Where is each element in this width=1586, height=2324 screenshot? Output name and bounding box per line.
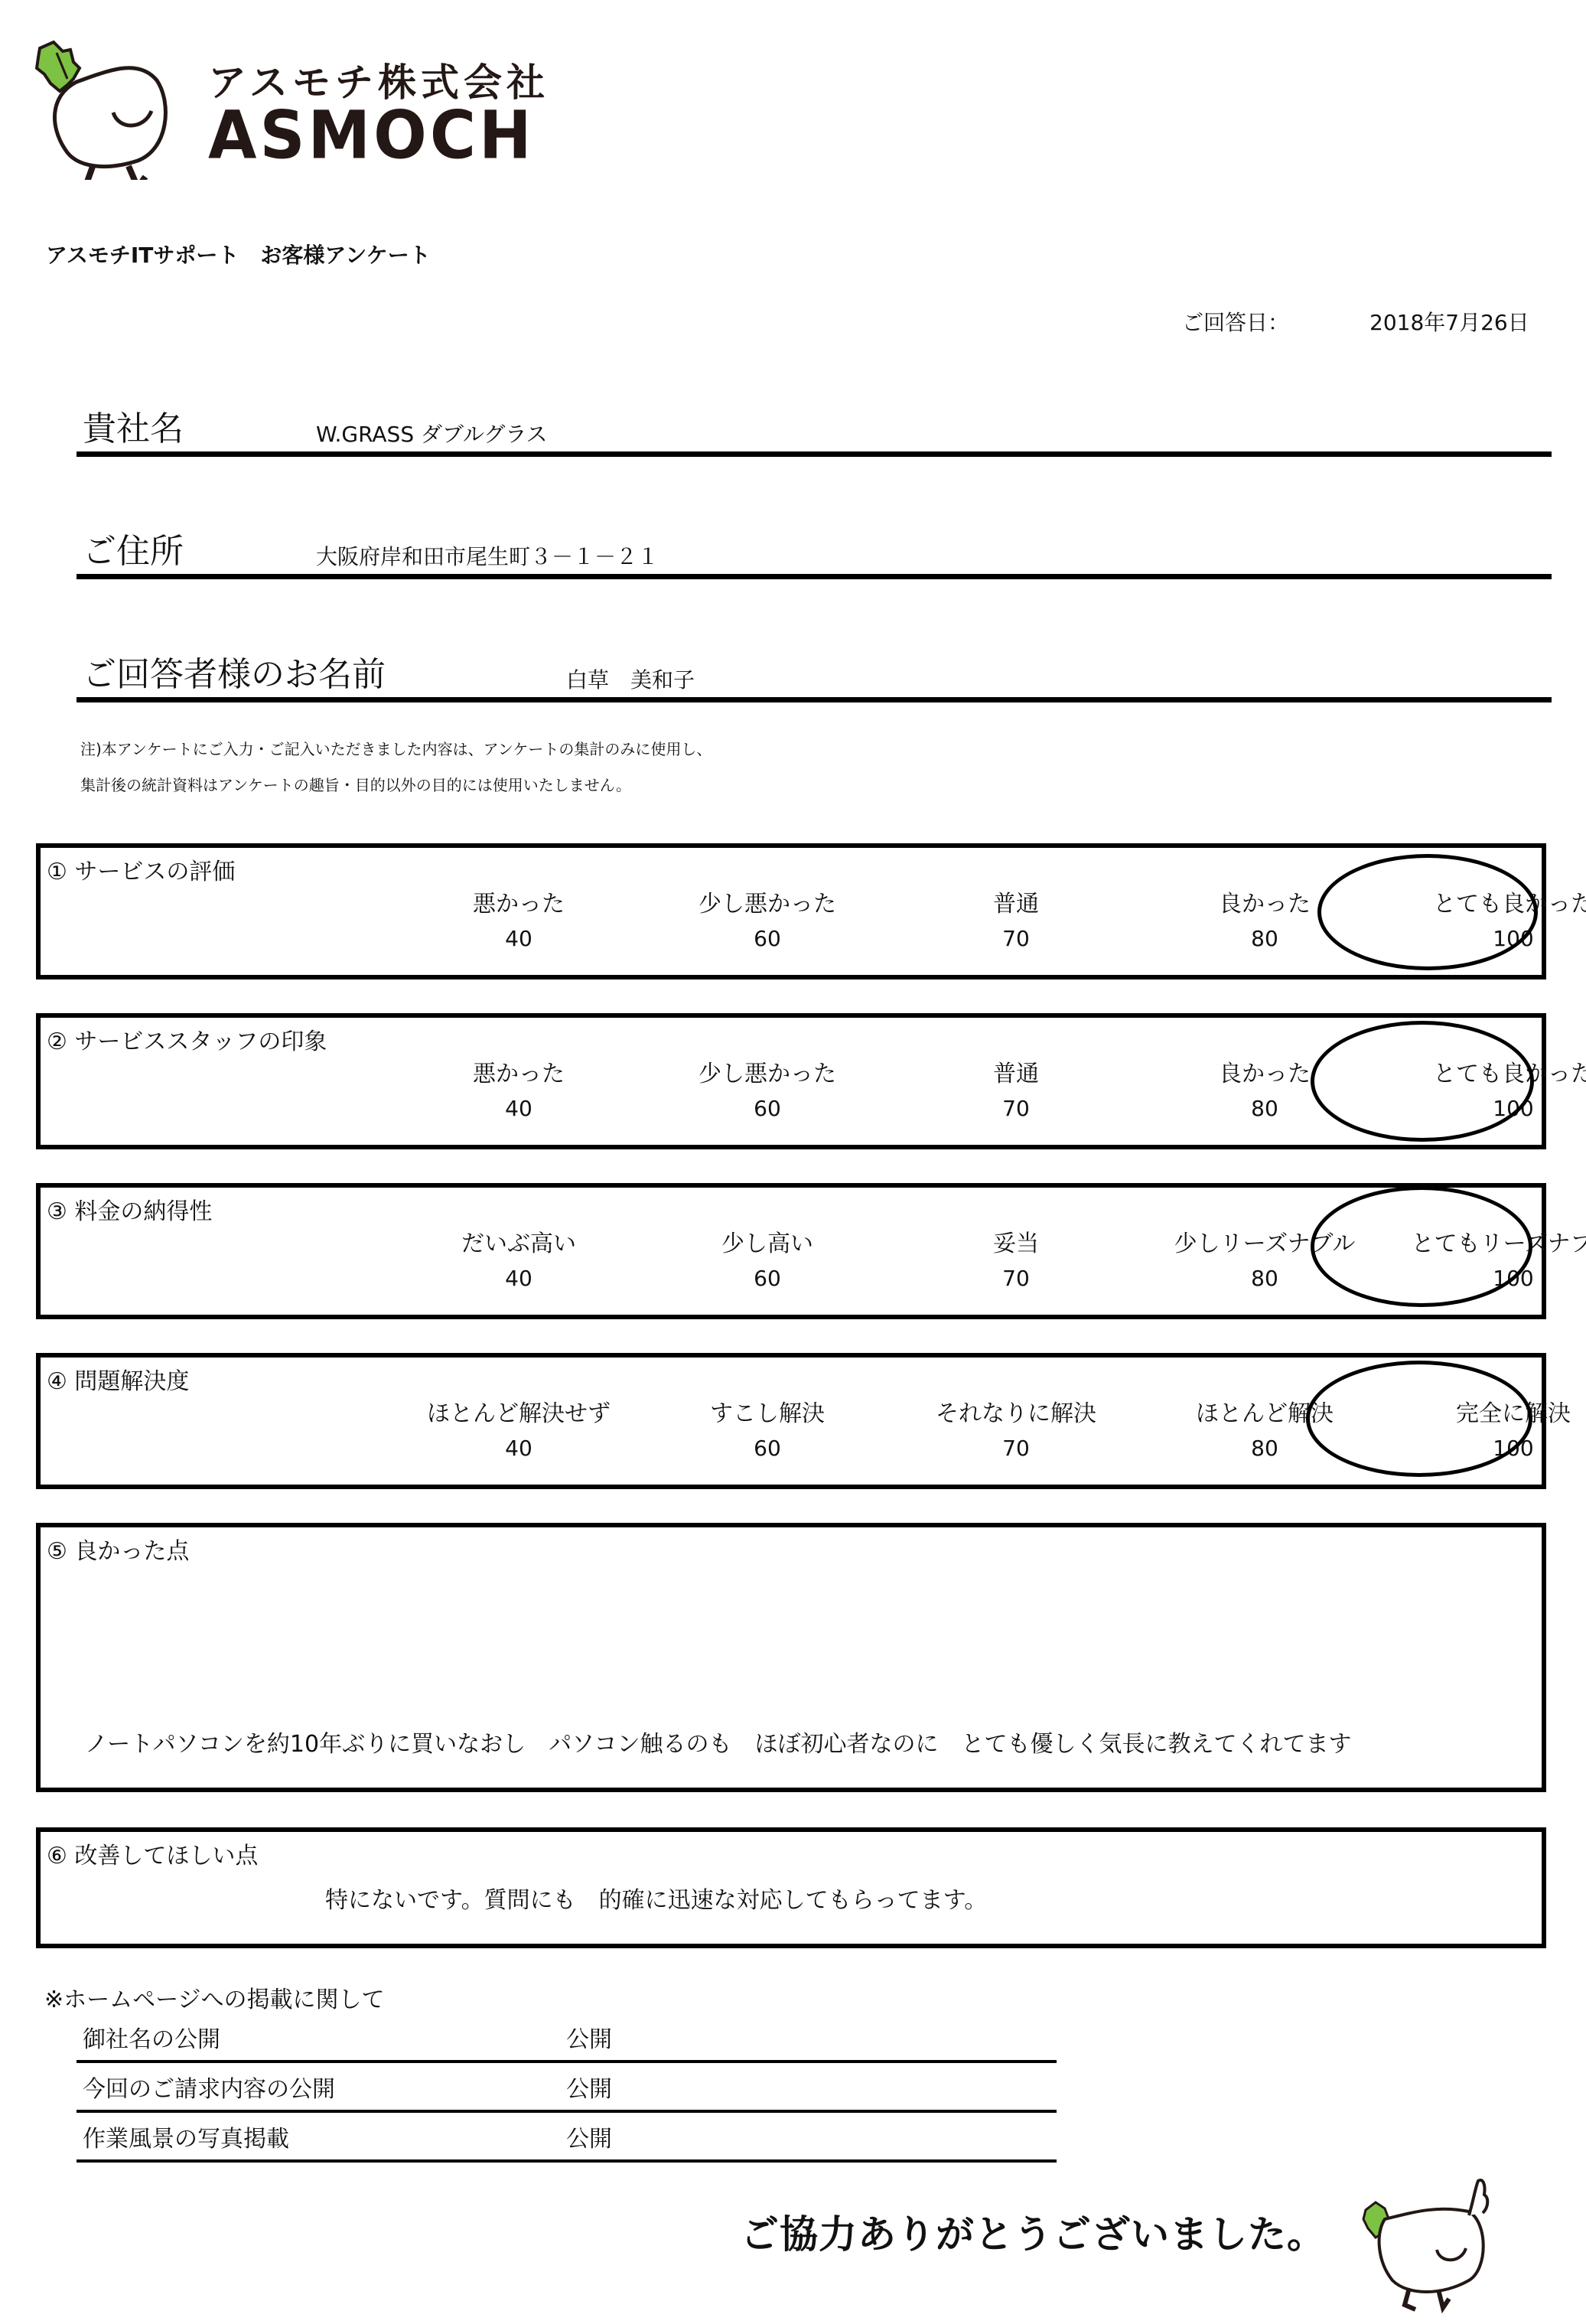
address-field-value: 大阪府岸和田市尾生町３－１－２１ xyxy=(316,540,659,571)
improvement-title: ⑥ 改善してほしい点 xyxy=(47,1837,258,1870)
publication-heading: ※ホームページへの掲載に関して xyxy=(44,1980,385,2014)
question-price-satisfaction: ③ 料金の納得性 だいぶ高い40 少し高い60 妥当70 少しリーズナブル80 … xyxy=(36,1183,1546,1319)
question-problem-resolution: ④ 問題解決度 ほとんど解決せず40 すこし解決60 それなりに解決70 ほとん… xyxy=(36,1353,1546,1489)
option-40[interactable]: 悪かった40 xyxy=(396,885,641,951)
question-title: ② サービススタッフの印象 xyxy=(47,1022,327,1056)
selected-circle-mark xyxy=(1317,854,1538,970)
improvement-answer: 特にないです。質問にも 的確に迅速な対応してもらってます。 xyxy=(325,1881,987,1915)
privacy-note-line1: 注)本アンケートにご入力・ご記入いただきました内容は、アンケートの集計のみに使用… xyxy=(80,737,712,759)
address-field: ご住所 大阪府岸和田市尾生町３－１－２１ xyxy=(77,536,1552,579)
question-staff-impression: ② サービススタッフの印象 悪かった40 少し悪かった60 普通70 良かった8… xyxy=(36,1013,1546,1149)
company-field-value: W.GRASS ダブルグラス xyxy=(316,418,547,448)
selected-circle-mark xyxy=(1311,1021,1534,1142)
address-field-label: ご住所 xyxy=(83,523,184,572)
publication-value: 公開 xyxy=(566,2020,612,2054)
document-title: アスモチITサポート お客様アンケート xyxy=(46,239,431,269)
question-title: ③ 料金の納得性 xyxy=(47,1192,212,1226)
publication-value: 公開 xyxy=(566,2120,612,2153)
answer-date-value: 2018年7月26日 xyxy=(1369,306,1529,337)
company-field: 貴社名 W.GRASS ダブルグラス xyxy=(77,413,1552,457)
publication-item: 今回のご請求内容の公開 xyxy=(83,2070,335,2104)
publication-item: 御社名の公開 xyxy=(83,2020,220,2054)
option-40[interactable]: だいぶ高い40 xyxy=(396,1224,641,1291)
option-40[interactable]: 悪かった40 xyxy=(396,1054,641,1121)
good-points-answer: ノートパソコンを約10年ぶりに買いなおし パソコン触るのも ほぼ初心者なのに と… xyxy=(85,1725,1351,1758)
question-service-rating: ① サービスの評価 悪かった40 少し悪かった60 普通70 良かった80 とて… xyxy=(36,843,1546,979)
option-60[interactable]: 少し悪かった60 xyxy=(645,1054,890,1121)
option-70[interactable]: 普通70 xyxy=(894,885,1138,951)
company-field-label: 貴社名 xyxy=(83,401,184,450)
mascot-icon xyxy=(23,34,222,180)
selected-circle-mark xyxy=(1311,1186,1532,1307)
privacy-note-line2: 集計後の統計資料はアンケートの趣旨・目的以外の目的には使用いたしません。 xyxy=(80,773,631,795)
option-70[interactable]: 普通70 xyxy=(894,1054,1138,1121)
company-name-en: ASMOCH xyxy=(208,98,535,174)
publication-row: 御社名の公開 公開 xyxy=(77,2016,1057,2063)
answer-date-label: ご回答日： xyxy=(1182,306,1289,337)
option-60[interactable]: 少し高い60 xyxy=(645,1224,890,1291)
thank-you-message: ご協力ありがとうございました。 xyxy=(741,2204,1326,2259)
question-title: ④ 問題解決度 xyxy=(47,1362,189,1396)
respondent-field: ご回答者様のお名前 白草 美和子 xyxy=(77,659,1552,702)
improvement-box: ⑥ 改善してほしい点 特にないです。質問にも 的確に迅速な対応してもらってます。 xyxy=(36,1827,1546,1948)
option-70[interactable]: 妥当70 xyxy=(894,1224,1138,1291)
question-title: ① サービスの評価 xyxy=(47,852,235,886)
option-40[interactable]: ほとんど解決せず40 xyxy=(396,1394,641,1461)
publication-item: 作業風景の写真掲載 xyxy=(83,2120,289,2153)
option-70[interactable]: それなりに解決70 xyxy=(894,1394,1138,1461)
option-60[interactable]: すこし解決60 xyxy=(645,1394,890,1461)
option-60[interactable]: 少し悪かった60 xyxy=(645,885,890,951)
respondent-field-value: 白草 美和子 xyxy=(566,663,695,694)
selected-circle-mark xyxy=(1306,1361,1532,1477)
good-points-box: ⑤ 良かった点 ノートパソコンを約10年ぶりに買いなおし パソコン触るのも ほぼ… xyxy=(36,1523,1546,1792)
respondent-field-label: ご回答者様のお名前 xyxy=(83,647,386,696)
good-points-title: ⑤ 良かった点 xyxy=(47,1532,189,1566)
publication-value: 公開 xyxy=(566,2070,612,2104)
mascot-waving-icon xyxy=(1354,2173,1507,2319)
publication-row: 作業風景の写真掲載 公開 xyxy=(77,2115,1057,2163)
publication-row: 今回のご請求内容の公開 公開 xyxy=(77,2065,1057,2113)
